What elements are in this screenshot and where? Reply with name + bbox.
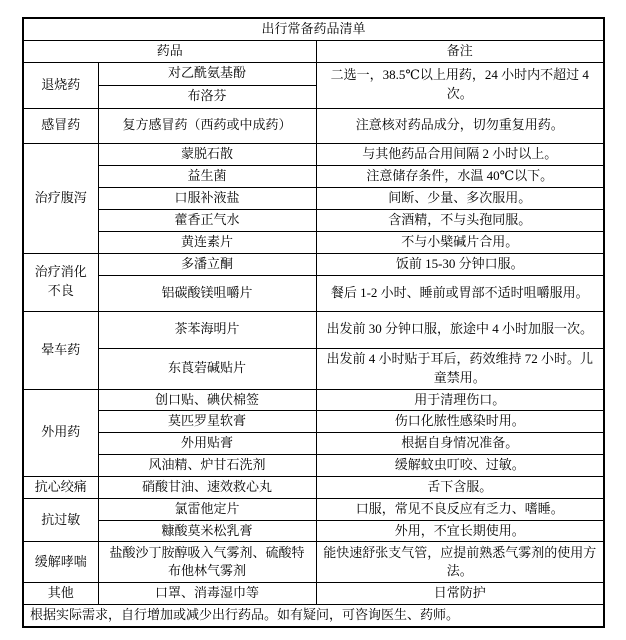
medicine-cell: 氯雷他定片 [98, 498, 316, 520]
note-cell: 出发前 30 分钟口服，旅途中 4 小时加服一次。 [316, 311, 604, 348]
note-cell: 出发前 4 小时贴于耳后，药效维持 72 小时。儿童禁用。 [316, 348, 604, 389]
medicine-cell: 口服补液盐 [98, 187, 316, 209]
note-cell: 与其他药品合用间隔 2 小时以上。 [316, 143, 604, 165]
medicine-cell: 口罩、消毒湿巾等 [98, 583, 316, 605]
medicine-cell: 多潘立酮 [98, 253, 316, 275]
medicine-table: 出行常备药品清单 药品 备注 退烧药 对乙酰氨基酚 二选一，38.5℃以上用药，… [22, 17, 605, 628]
category-motion-sickness: 晕车药 [23, 311, 98, 389]
category-diarrhea: 治疗腹泻 [23, 143, 98, 253]
note-cell: 伤口化脓性感染时用。 [316, 411, 604, 433]
note-cell: 含酒精，不与头孢同服。 [316, 209, 604, 231]
footer-note: 根据实际需求，自行增加或减少出行药品。如有疑问，可咨询医生、药师。 [23, 605, 604, 627]
note-cell: 舌下含服。 [316, 476, 604, 498]
note-cell: 用于清理伤口。 [316, 389, 604, 411]
table-title: 出行常备药品清单 [23, 18, 604, 40]
note-cell: 二选一，38.5℃以上用药，24 小时内不超过 4 次。 [316, 62, 604, 108]
note-cell: 不与小檗碱片合用。 [316, 231, 604, 253]
note-cell: 间断、少量、多次服用。 [316, 187, 604, 209]
medicine-cell: 黄连素片 [98, 231, 316, 253]
note-cell: 饭前 15-30 分钟口服。 [316, 253, 604, 275]
note-cell: 日常防护 [316, 583, 604, 605]
note-cell: 口服，常见不良反应有乏力、嗜睡。 [316, 498, 604, 520]
category-other: 其他 [23, 583, 98, 605]
medicine-cell: 硝酸甘油、速效救心丸 [98, 476, 316, 498]
medicine-cell: 复方感冒药（西药或中成药） [98, 108, 316, 143]
medicine-cell: 蒙脱石散 [98, 143, 316, 165]
medicine-cell: 东莨菪碱贴片 [98, 348, 316, 389]
medicine-cell: 盐酸沙丁胺醇吸入气雾剂、硫酸特布他林气雾剂 [98, 542, 316, 583]
medicine-cell: 布洛芬 [98, 85, 316, 108]
medicine-cell: 藿香正气水 [98, 209, 316, 231]
note-cell: 注意储存条件，水温 40℃以下。 [316, 165, 604, 187]
note-cell: 外用，不宜长期使用。 [316, 520, 604, 542]
category-angina: 抗心绞痛 [23, 476, 98, 498]
note-cell: 根据自身情况准备。 [316, 433, 604, 455]
note-cell: 餐后 1-2 小时、睡前或胃部不适时咀嚼服用。 [316, 275, 604, 311]
medicine-cell: 茶苯海明片 [98, 311, 316, 348]
column-header-medicine: 药品 [23, 40, 316, 62]
note-cell: 注意核对药品成分，切勿重复用药。 [316, 108, 604, 143]
medicine-cell: 风油精、炉甘石洗剂 [98, 455, 316, 477]
medicine-cell: 糠酸莫米松乳膏 [98, 520, 316, 542]
medicine-cell: 益生菌 [98, 165, 316, 187]
category-asthma: 缓解哮喘 [23, 542, 98, 583]
note-cell: 能快速舒张支气管，应提前熟悉气雾剂的使用方法。 [316, 542, 604, 583]
category-external: 外用药 [23, 389, 98, 476]
medicine-cell: 铝碳酸镁咀嚼片 [98, 275, 316, 311]
category-fever: 退烧药 [23, 62, 98, 108]
category-allergy: 抗过敏 [23, 498, 98, 542]
medicine-cell: 对乙酰氨基酚 [98, 62, 316, 85]
column-header-notes: 备注 [316, 40, 604, 62]
category-indigestion: 治疗消化不良 [23, 253, 98, 311]
category-cold: 感冒药 [23, 108, 98, 143]
document-page: 出行常备药品清单 药品 备注 退烧药 对乙酰氨基酚 二选一，38.5℃以上用药，… [0, 0, 626, 640]
medicine-cell: 创口贴、碘伏棉签 [98, 389, 316, 411]
medicine-cell: 莫匹罗星软膏 [98, 411, 316, 433]
note-cell: 缓解蚊虫叮咬、过敏。 [316, 455, 604, 477]
medicine-cell: 外用贴膏 [98, 433, 316, 455]
